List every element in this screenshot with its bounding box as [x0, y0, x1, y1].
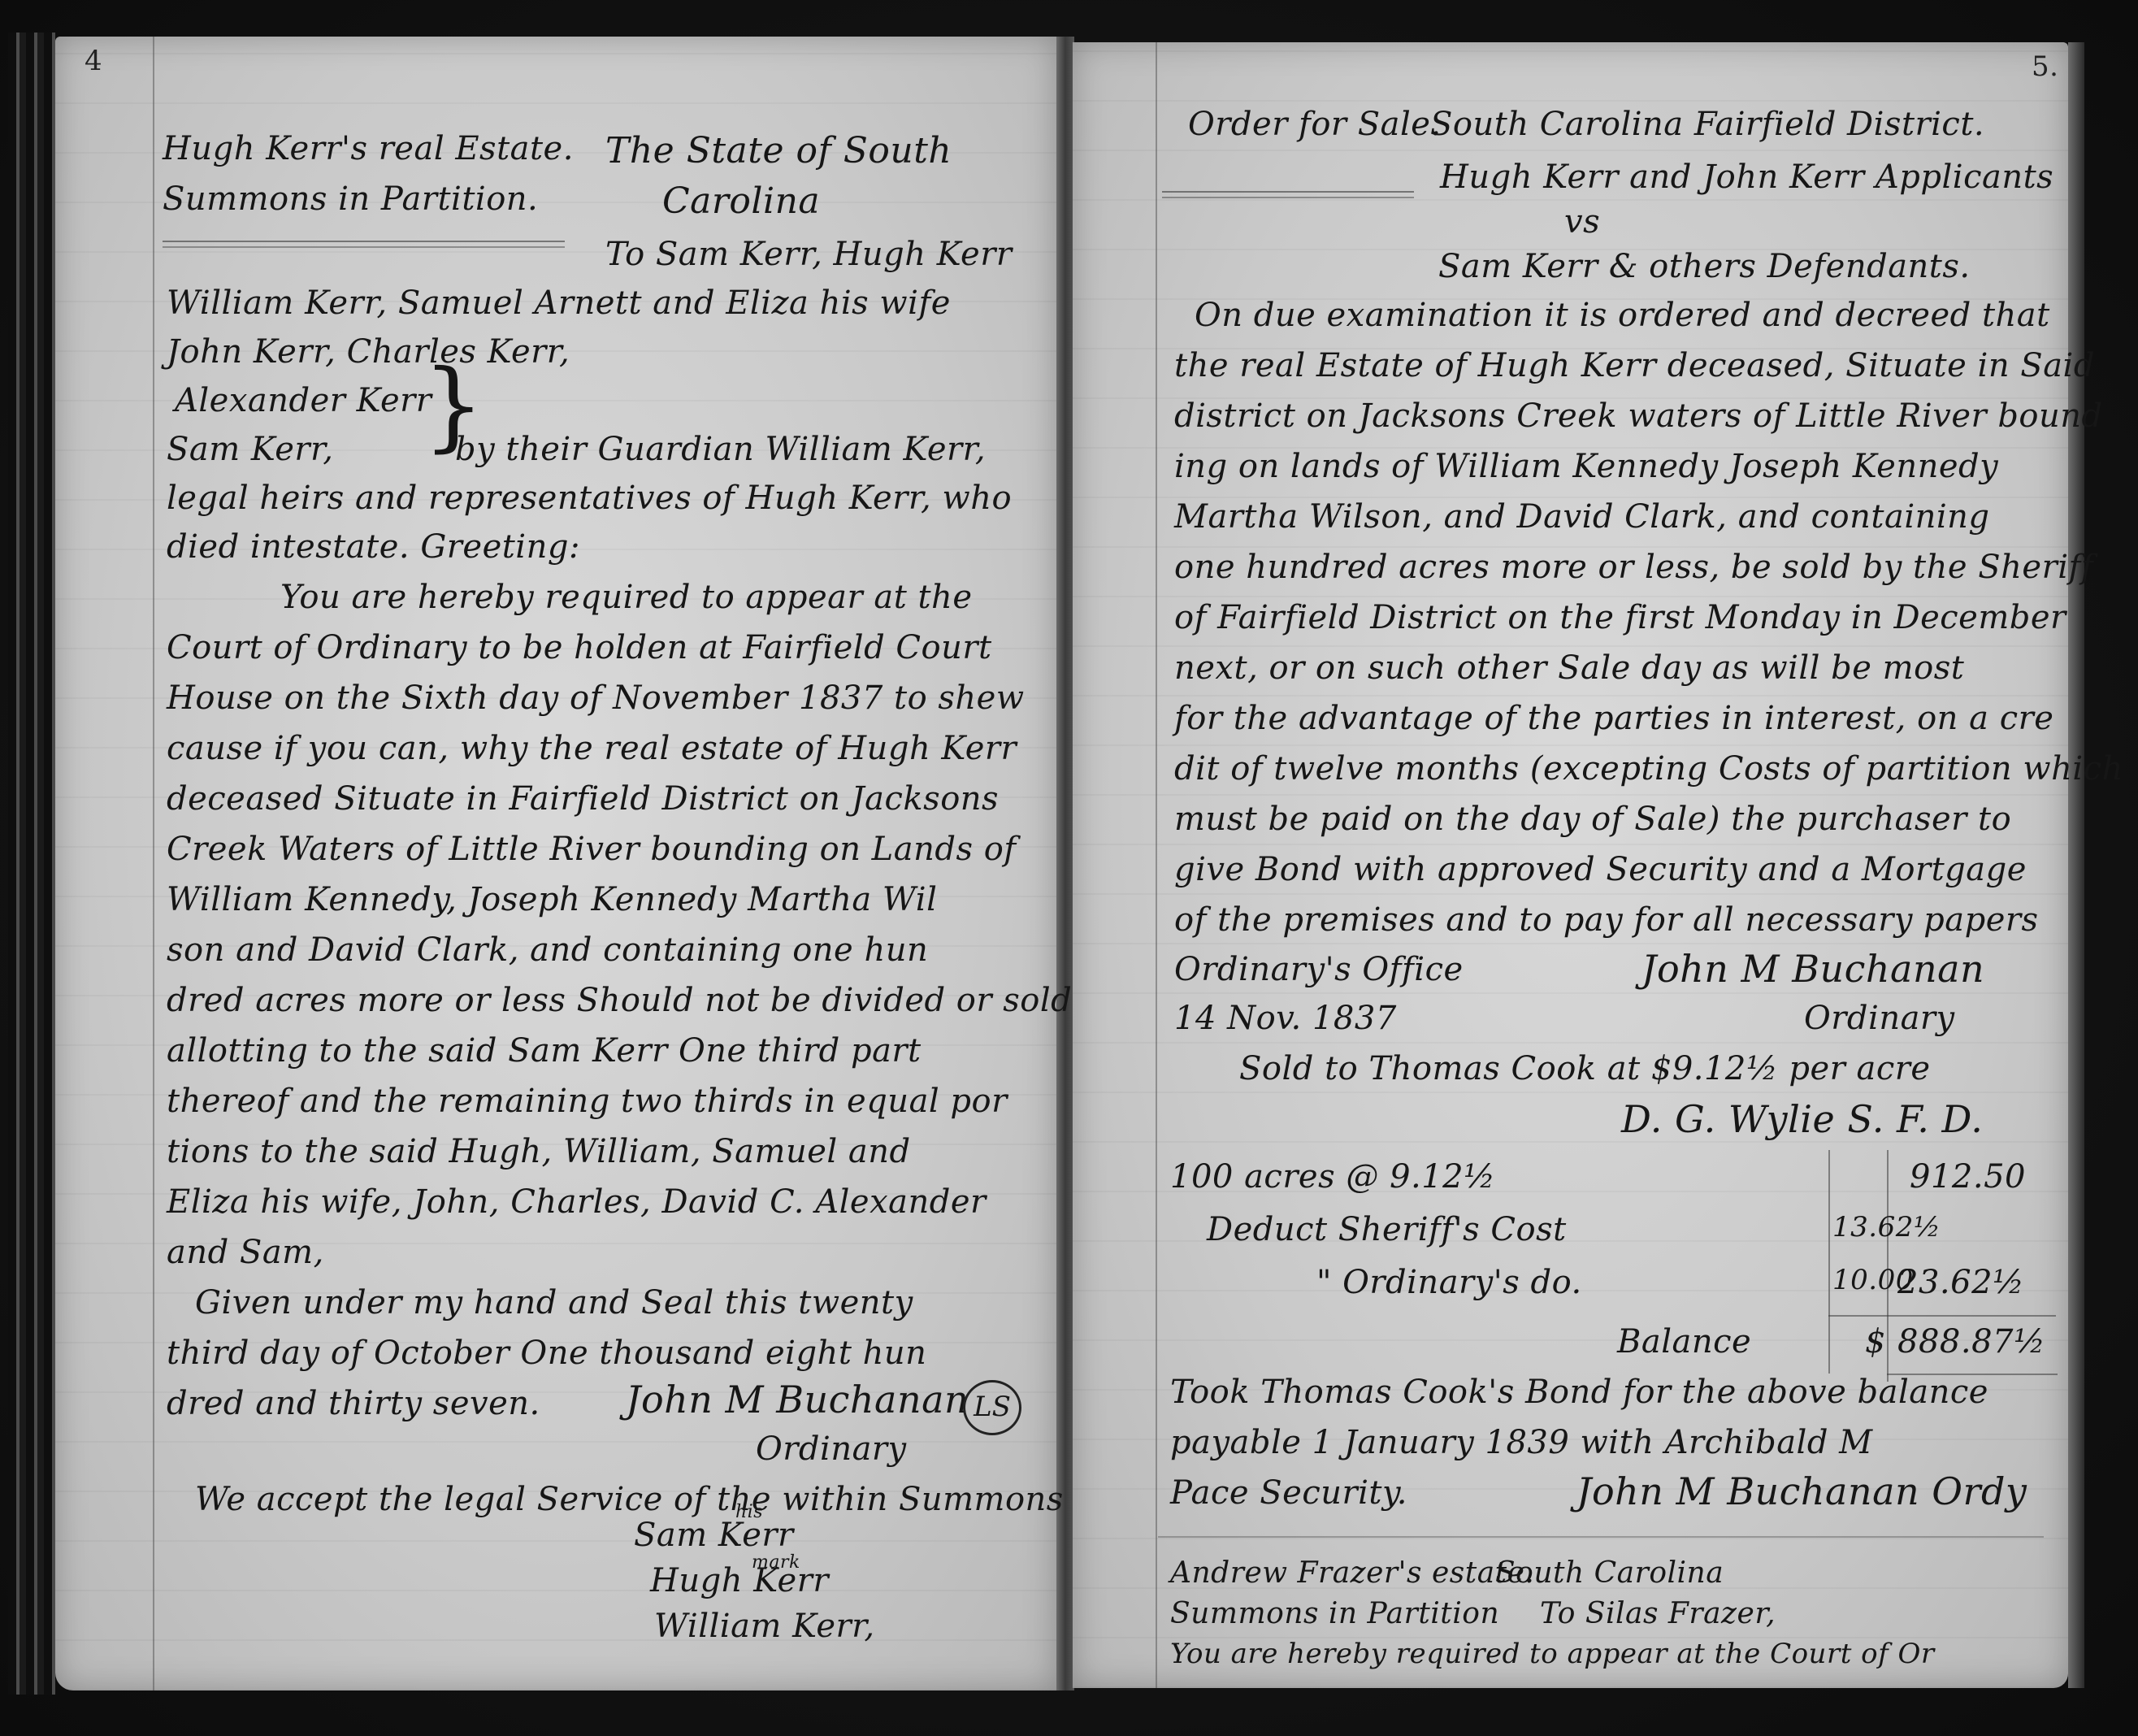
order-signature: John M Buchanan: [1641, 947, 1984, 991]
order-line: Martha Wilson, and David Clark, and cont…: [1174, 498, 1990, 536]
summons-line: thereof and the remaining two thirds in …: [167, 1083, 1008, 1120]
page-number-right: 5.: [2032, 50, 2058, 83]
book-right-edge: [2068, 42, 2084, 1688]
accounts-row-label: Balance: [1617, 1323, 1751, 1361]
seal-ls: LS: [963, 1380, 1021, 1435]
heading-rule: [1162, 191, 1414, 198]
summons-line: third day of October One thousand eight …: [167, 1335, 926, 1372]
accounts-row-sub: 13.62½: [1832, 1211, 1941, 1243]
bond-signature: John M Buchanan Ordy: [1576, 1469, 2027, 1513]
order-line: On due examination it is ordered and dec…: [1195, 297, 2050, 334]
signatory-name: Hugh Kerr: [650, 1562, 829, 1599]
order-signature-title: Ordinary: [1804, 1000, 1955, 1037]
signatory-name: William Kerr,: [654, 1608, 875, 1645]
accounts-row-label: Deduct Sheriff's Cost: [1207, 1211, 1567, 1248]
accounts-column-line: [1828, 1150, 1830, 1374]
order-line: next, or on such other Sale day as will …: [1174, 649, 1964, 687]
acceptance-line: We accept the legal Service of the withi…: [195, 1481, 1064, 1518]
summons-line: dred acres more or less Should not be di…: [167, 982, 1072, 1019]
section-divider: [1158, 1536, 2044, 1538]
summons-line: Eliza his wife, John, Charles, David C. …: [167, 1183, 987, 1221]
summons-line: and Sam,: [167, 1234, 324, 1271]
summons-line: John Kerr, Charles Kerr,: [167, 333, 570, 371]
summons-line: You are hereby required to appear at the: [280, 579, 972, 616]
right-page-margin-line: [1156, 42, 1157, 1688]
versus-line: vs: [1564, 203, 1600, 241]
summons-line: William Kennedy, Joseph Kennedy Martha W…: [167, 881, 937, 918]
accounts-row-label: " Ordinary's do.: [1316, 1264, 1582, 1301]
summons-line: deceased Situate in Fairfield District o…: [167, 780, 999, 818]
sale-line: Sold to Thomas Cook at $9.12½ per acre: [1239, 1050, 1931, 1087]
accounts-row-total: 888.87½: [1897, 1323, 2045, 1361]
summons-line: To Sam Kerr, Hugh Kerr: [605, 236, 1012, 273]
right-header: South Carolina Fairfield District.: [1430, 106, 1984, 143]
summons-line: tions to the said Hugh, William, Samuel …: [167, 1133, 911, 1170]
summons-line: Given under my hand and Seal this twenty: [195, 1284, 913, 1322]
left-header-carolina: Carolina: [662, 180, 820, 222]
order-line: ing on lands of William Kennedy Joseph K…: [1174, 448, 1998, 485]
left-margin-heading-1: Hugh Kerr's real Estate.: [163, 130, 574, 167]
summons-line: allotting to the said Sam Kerr One third…: [167, 1032, 922, 1070]
summons-line: Sam Kerr,: [167, 431, 333, 468]
summons-line: Creek Waters of Little River bounding on…: [167, 831, 1017, 868]
order-date: 14 Nov. 1837: [1174, 1000, 1397, 1037]
applicants-line: Hugh Kerr and John Kerr Applicants: [1440, 158, 2053, 196]
second-margin-heading-1: Andrew Frazer's estate.: [1170, 1556, 1534, 1590]
summons-line: by their Guardian William Kerr,: [455, 431, 986, 468]
bond-line: payable 1 January 1839 with Archibald M: [1170, 1424, 1873, 1461]
summons-line: legal heirs and representatives of Hugh …: [167, 480, 1012, 517]
bond-line: Took Thomas Cook's Bond for the above ba…: [1170, 1374, 1988, 1411]
second-to-line: To Silas Frazer,: [1540, 1597, 1776, 1630]
office-line: Ordinary's Office: [1174, 951, 1464, 988]
ordinary-signature: John M Buchanan: [626, 1378, 969, 1421]
signatory-name: Sam Kerr: [634, 1517, 794, 1554]
summons-line: Alexander Kerr: [175, 382, 432, 419]
order-line: one hundred acres more or less, be sold …: [1174, 549, 2093, 586]
accounts-row-label: 100 acres @ 9.12½: [1170, 1158, 1495, 1196]
second-margin-heading-2: Summons in Partition: [1170, 1597, 1499, 1630]
order-line: give Bond with approved Security and a M…: [1174, 851, 2027, 888]
book-binding-edge: [8, 33, 55, 1695]
accounts-row-sub: $: [1865, 1323, 1886, 1361]
summons-line: House on the Sixth day of November 1837 …: [167, 679, 1025, 717]
order-line: of the premises and to pay for all neces…: [1174, 901, 2039, 939]
order-line: dit of twelve months (excepting Costs of…: [1174, 750, 2123, 788]
defendants-line: Sam Kerr & others Defendants.: [1438, 248, 1971, 285]
summons-line: William Kerr, Samuel Arnett and Eliza hi…: [167, 284, 951, 322]
second-body-line: You are hereby required to appear at the…: [1170, 1638, 1935, 1670]
summons-line: son and David Clark, and containing one …: [167, 931, 928, 969]
heading-rule: [163, 241, 565, 248]
second-header: South Carolina: [1495, 1556, 1724, 1590]
left-margin-heading-2: Summons in Partition.: [163, 180, 538, 218]
left-page-margin-line: [153, 37, 154, 1690]
order-line: of Fairfield District on the first Monda…: [1174, 599, 2066, 636]
order-line: for the advantage of the parties in inte…: [1174, 700, 2053, 737]
accounts-row-total: 23.62½: [1897, 1264, 2024, 1301]
accounts-total-rule: [1828, 1315, 2056, 1317]
order-line: must be paid on the day of Sale) the pur…: [1174, 801, 2011, 838]
bond-line: Pace Security.: [1170, 1474, 1407, 1512]
summons-line: cause if you can, why the real estate of…: [167, 730, 1017, 767]
summons-line: Court of Ordinary to be holden at Fairfi…: [167, 629, 992, 666]
order-line: district on Jacksons Creek waters of Lit…: [1174, 397, 2103, 435]
page-number-left: 4: [85, 45, 102, 77]
right-margin-heading: Order for Sale.: [1188, 106, 1442, 143]
book-spine: [1056, 37, 1074, 1690]
left-header-state: The State of South: [605, 130, 952, 171]
summons-line: died intestate. Greeting:: [167, 528, 580, 566]
order-line: the real Estate of Hugh Kerr deceased, S…: [1174, 347, 2095, 384]
sheriff-signature: D. G. Wylie S. F. D.: [1621, 1097, 1983, 1141]
accounts-row-total: 912.50: [1910, 1158, 2026, 1196]
signature-title: Ordinary: [756, 1430, 907, 1468]
summons-line: dred and thirty seven.: [167, 1385, 540, 1422]
